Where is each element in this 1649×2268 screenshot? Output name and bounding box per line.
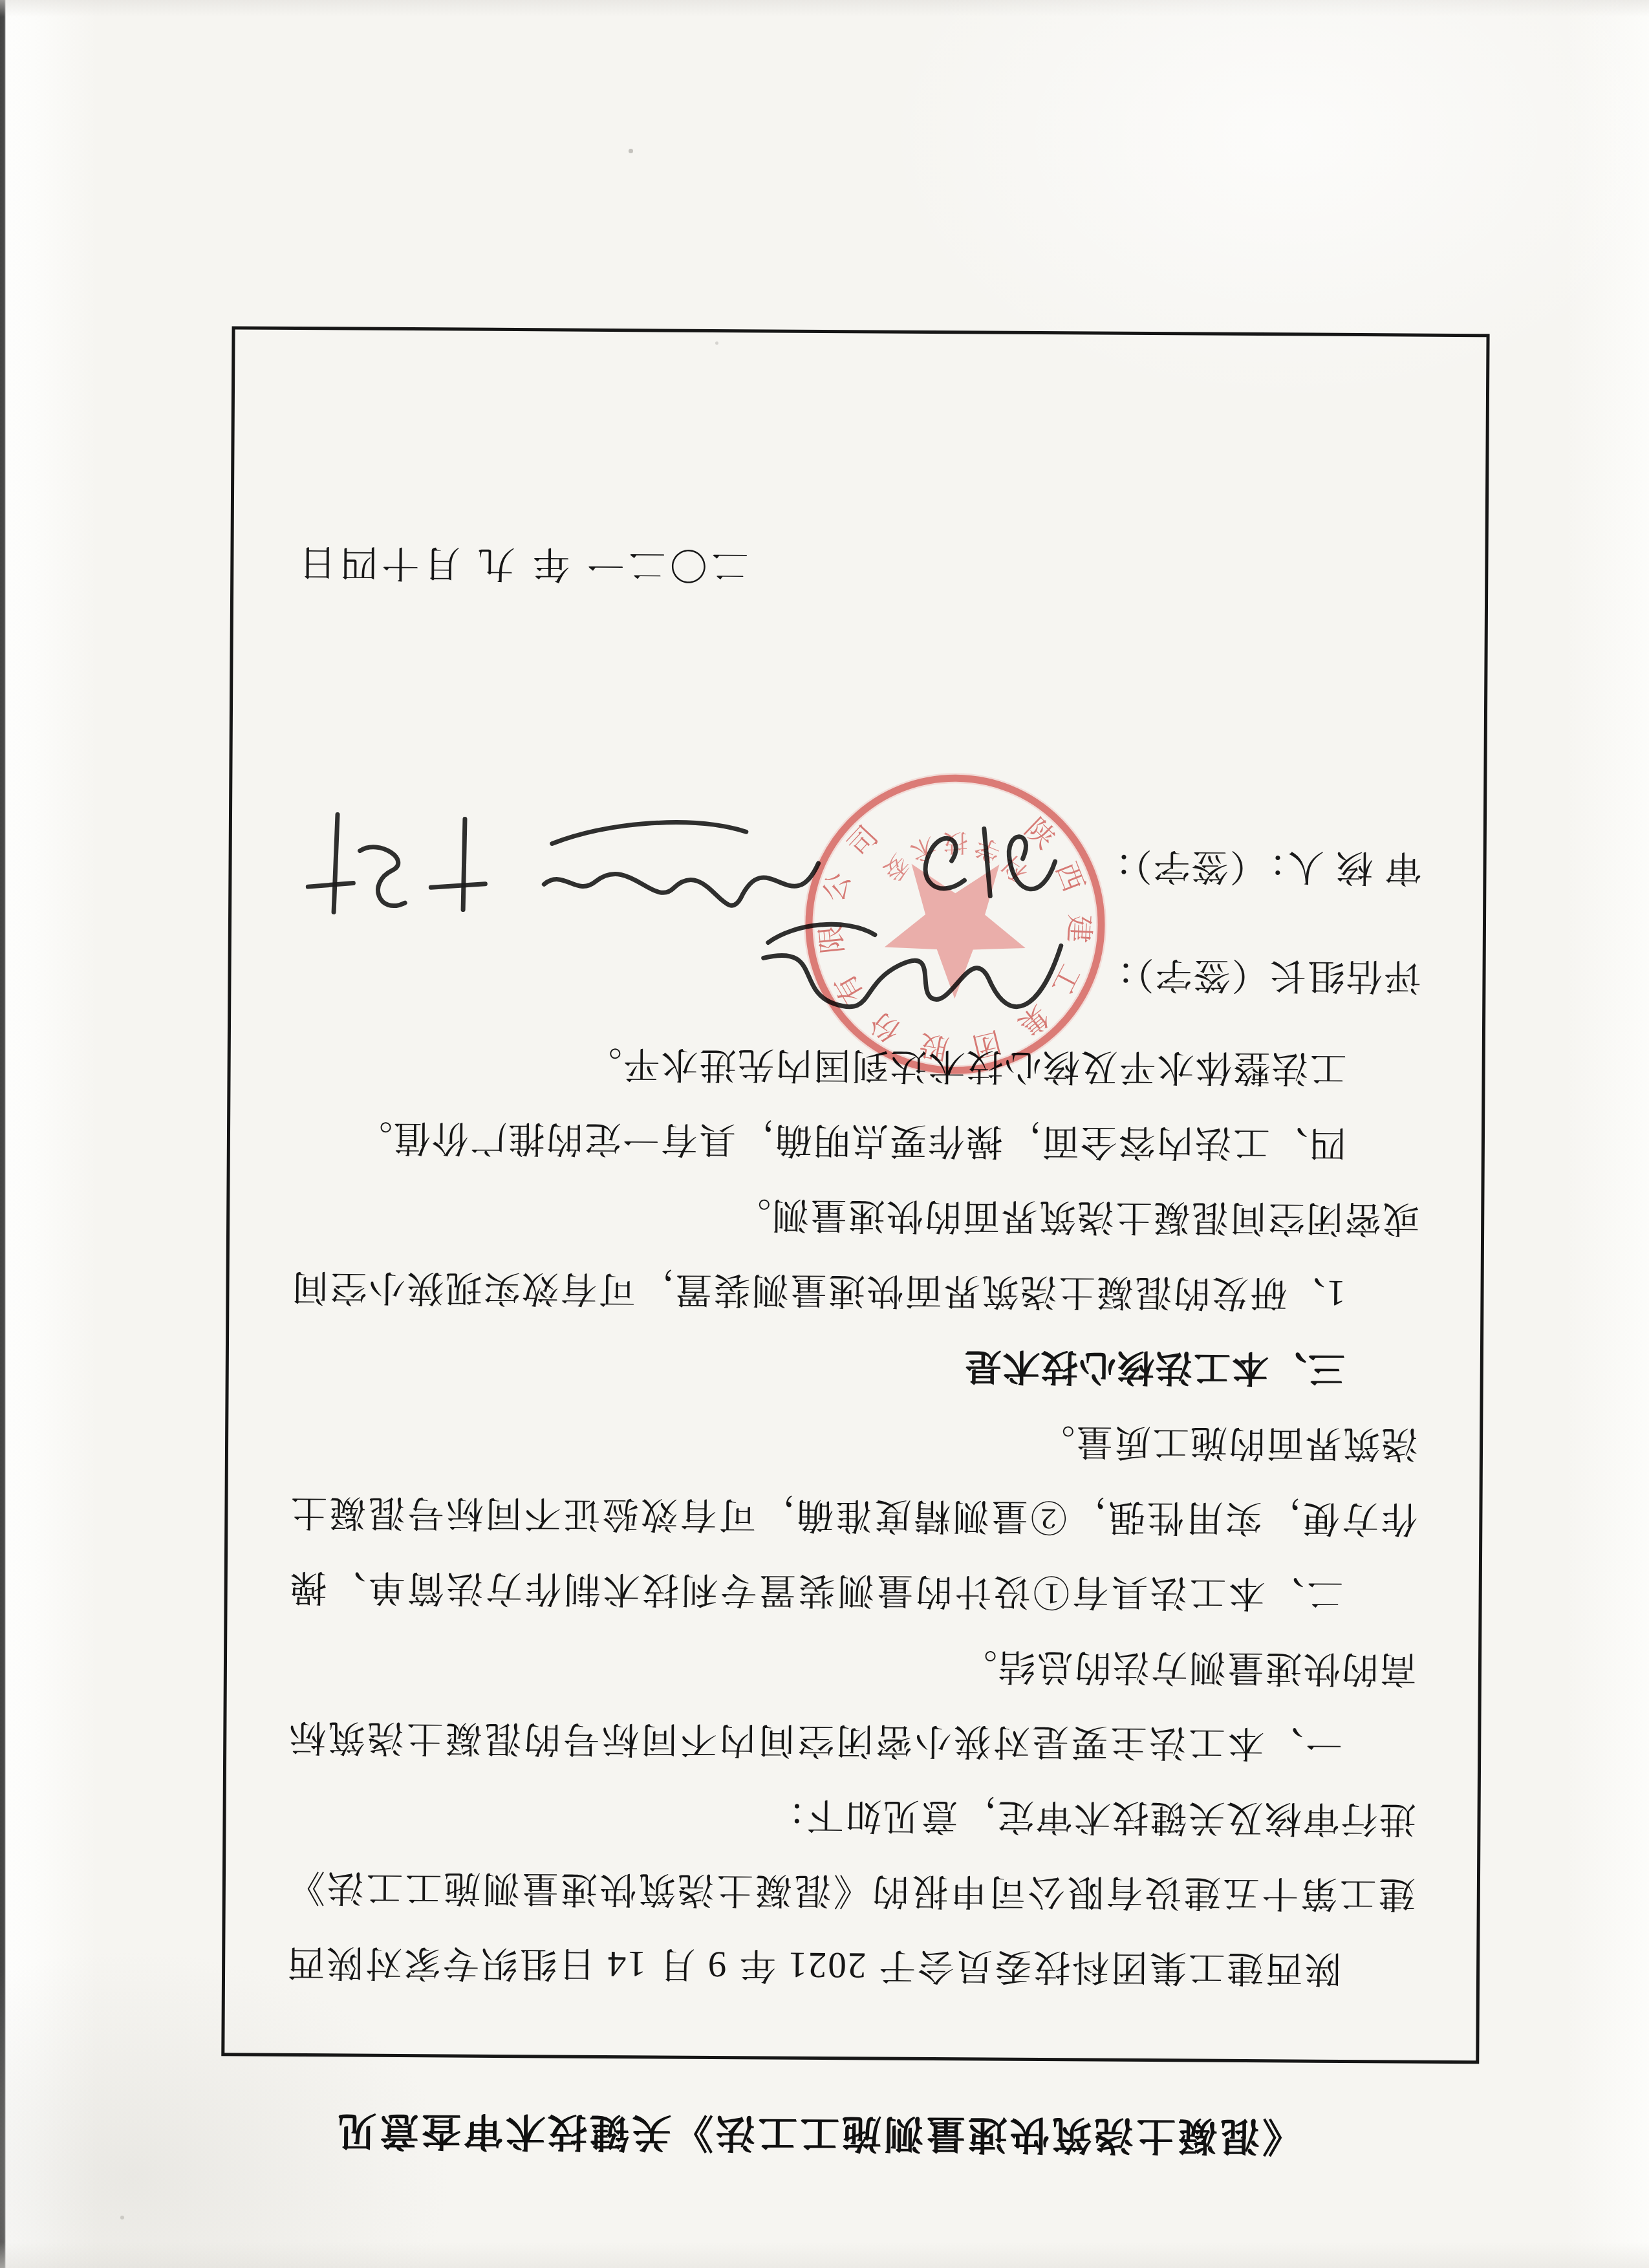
paragraph-item-4: 四、工法内容全面，操作要点明确，具有一定的推广价值。 <box>292 1099 1421 1181</box>
handwritten-signature <box>296 797 491 924</box>
review-opinion-box: 陕西建工集团科技委员会于 2021 年 9 月 14 日组织专家对陕西建工第十五… <box>221 326 1489 2064</box>
paragraph-item-2: 二、本工法具有①设计的量测装置专利技术制作方法简单、操作方便，实用性强，②量测精… <box>288 1399 1418 1631</box>
scanned-page-background: 《混凝土浇筑快速量测施工工法》关键技术审查意见 陕西建工集团科技委员会于 202… <box>0 0 1649 2268</box>
scan-dust-speck <box>715 341 718 345</box>
paragraph-intro: 陕西建工集团科技委员会于 2021 年 9 月 14 日组织专家对陕西建工第十五… <box>286 1774 1416 2006</box>
scan-dust-speck <box>120 2216 124 2219</box>
paragraph-item-3-1: 1、研发的混凝土浇筑界面快速量测装置，可有效实现狭小空间或密闭空间混凝土浇筑界面… <box>290 1174 1419 1331</box>
paragraph-item-3-heading: 三、本工法核心技术是 <box>290 1324 1419 1406</box>
leader-label: 评估组长（签字）： <box>1096 951 1421 1006</box>
reviewer-label: 审 核 人：（签字）： <box>1094 843 1422 898</box>
document-title: 《混凝土浇筑快速量测施工工法》关键技术审查意见 <box>0 2103 1643 2170</box>
handwritten-signature <box>519 805 824 936</box>
scan-dust-speck <box>629 149 633 153</box>
date-line: 二〇二一 年 九 月十四日 <box>295 539 1423 600</box>
reviewer-signature-row: 审 核 人：（签字）： <box>293 813 1422 898</box>
leader-signature-row: 评估组长（签字）： <box>292 922 1421 1006</box>
rotated-document: 《混凝土浇筑快速量测施工工法》关键技术审查意见 陕西建工集团科技委员会于 202… <box>0 0 1649 2268</box>
paragraph-item-1: 一、本工法主要是对狭小密闭空间内不同标号的混凝土浇筑标高的快速量测方法的总结。 <box>288 1624 1417 1781</box>
handwritten-signature <box>862 803 1063 921</box>
